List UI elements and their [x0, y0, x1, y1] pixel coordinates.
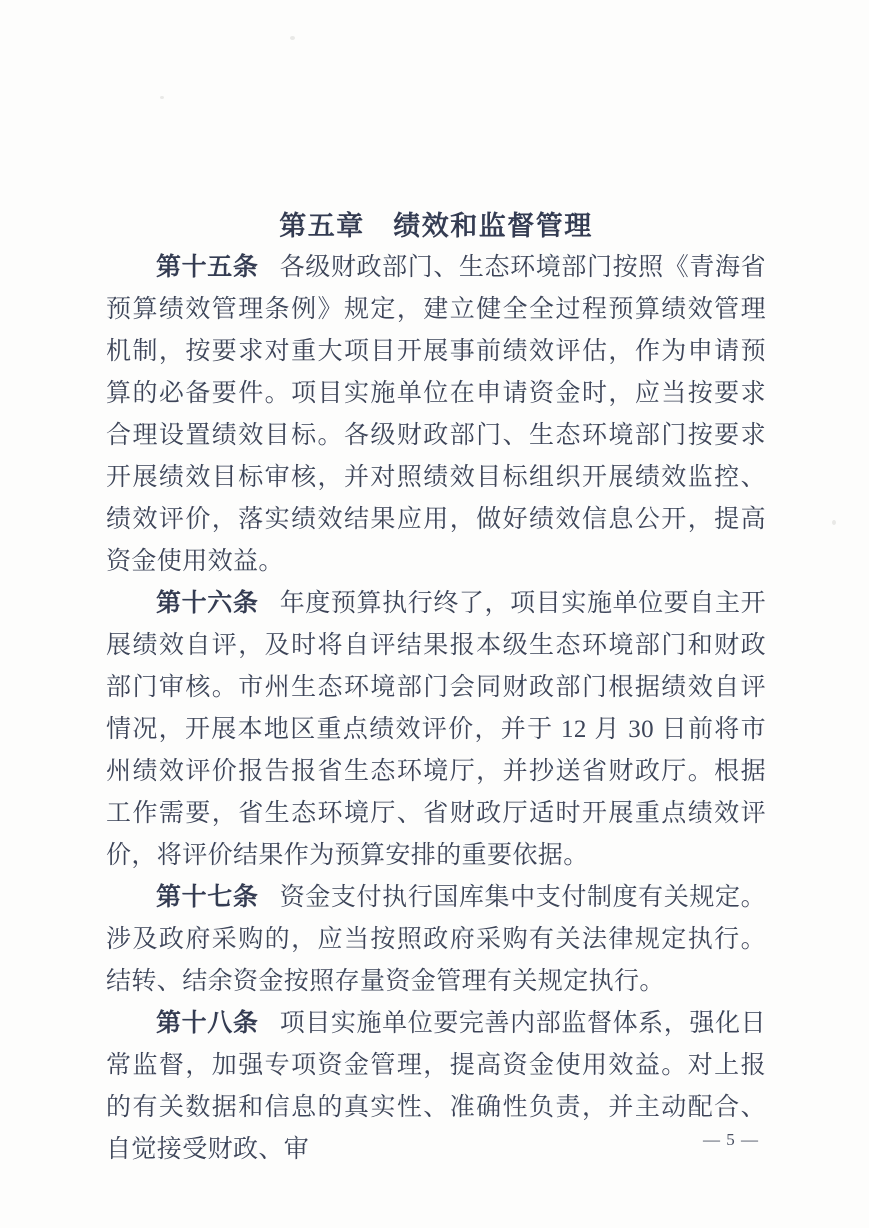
chapter-heading: 第五章 绩效和监督管理 [106, 205, 766, 247]
paragraph-article-17: 第十七条资金支付执行国库集中支付制度有关规定。涉及政府采购的，应当按照政府采购有… [106, 877, 766, 1003]
article-16-number: 第十六条 [156, 590, 258, 617]
paragraph-article-15: 第十五条各级财政部门、生态环境部门按照《青海省预算绩效管理条例》规定，建立健全全… [106, 247, 766, 583]
article-15-number: 第十五条 [156, 254, 258, 281]
page-number: — 5 — [703, 1130, 759, 1150]
paragraph-article-18: 第十八条项目实施单位要完善内部监督体系，强化日常监督，加强专项资金管理，提高资金… [106, 1003, 766, 1171]
article-16-text: 年度预算执行终了，项目实施单位要自主开展绩效自评，及时将自评结果报本级生态环境部… [106, 590, 766, 869]
document-body: 第五章 绩效和监督管理 第十五条各级财政部门、生态环境部门按照《青海省预算绩效管… [106, 205, 766, 1171]
paragraph-article-16: 第十六条年度预算执行终了，项目实施单位要自主开展绩效自评，及时将自评结果报本级生… [106, 583, 766, 877]
article-18-number: 第十八条 [156, 1010, 258, 1037]
article-17-number: 第十七条 [156, 884, 258, 911]
document-page: 第五章 绩效和监督管理 第十五条各级财政部门、生态环境部门按照《青海省预算绩效管… [0, 0, 869, 1228]
scan-artifact [832, 520, 836, 525]
article-15-text: 各级财政部门、生态环境部门按照《青海省预算绩效管理条例》规定，建立健全全过程预算… [106, 254, 766, 575]
scan-artifact [160, 96, 164, 99]
scan-artifact [290, 36, 295, 40]
